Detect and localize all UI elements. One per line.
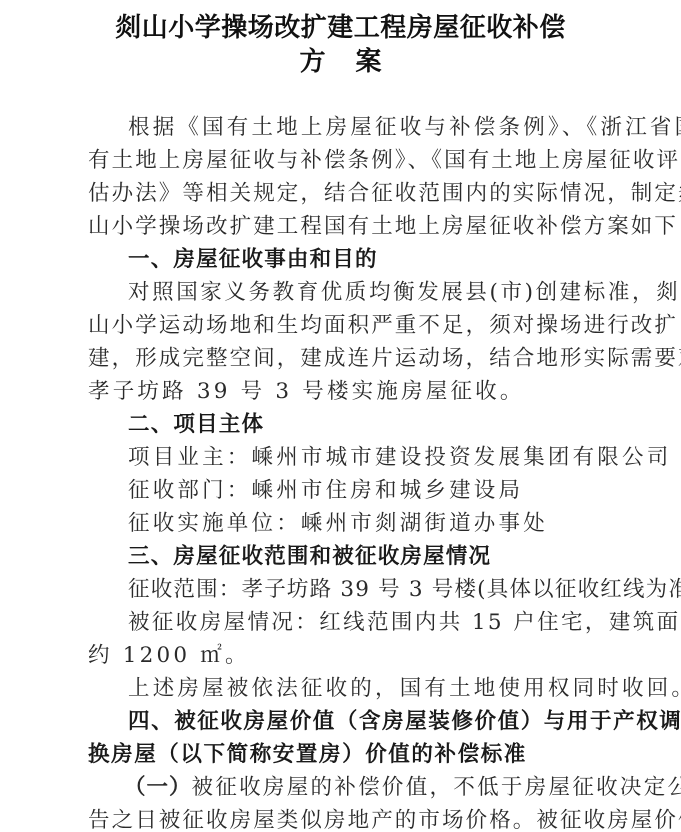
paragraph-line: 估办法》等相关规定，结合征收范围内的实际情况，制定剡 — [88, 177, 588, 210]
document-title-line2: 方案 — [0, 45, 681, 79]
section-heading-2: 二、项目主体 — [88, 408, 588, 441]
document-body: 根据《国有土地上房屋征收与补偿条例》、《浙江省国 有土地上房屋征收与补偿条例》、… — [88, 111, 588, 832]
paragraph-line: 建，形成完整空间，建成连片运动场，结合地形实际需要对 — [88, 342, 588, 375]
paragraph-line: 孝子坊路 39 号 3 号楼实施房屋征收。 — [88, 375, 588, 408]
section-heading-3: 三、房屋征收范围和被征收房屋情况 — [88, 540, 588, 573]
paragraph-line: 根据《国有土地上房屋征收与补偿条例》、《浙江省国 — [88, 111, 588, 144]
paragraph-line: 约 1200 ㎡。 — [88, 639, 588, 672]
expropriation-department-line: 征收部门：嵊州市住房和城乡建设局 — [88, 474, 588, 507]
title-char-2: 案 — [356, 47, 382, 77]
section-heading-4: 四、被征收房屋价值（含房屋装修价值）与用于产权调 — [88, 705, 588, 738]
implementing-unit-line: 征收实施单位：嵊州市剡湖街道办事处 — [88, 507, 588, 540]
section-heading-4-cont: 换房屋（以下简称安置房）价值的补偿标准 — [88, 738, 588, 771]
house-situation-line: 被征收房屋情况：红线范围内共 15 户住宅，建筑面积 — [88, 606, 588, 639]
document-title: 剡山小学操场改扩建工程房屋征收补偿 — [0, 11, 681, 45]
title-char-1: 方 — [299, 47, 325, 77]
expropriation-scope-line: 征收范围：孝子坊路 39 号 3 号楼(具体以征收红线为准) — [88, 573, 588, 606]
project-owner-line: 项目业主：嵊州市城市建设投资发展集团有限公司 — [88, 441, 588, 474]
paragraph-line: 有土地上房屋征收与补偿条例》、《国有土地上房屋征收评 — [88, 144, 588, 177]
section-heading-1: 一、房屋征收事由和目的 — [88, 243, 588, 276]
paragraph-line: 山小学操场改扩建工程国有土地上房屋征收补偿方案如下： — [88, 210, 588, 243]
paragraph-line: 告之日被征收房屋类似房地产的市场价格。被征收房屋价值 — [88, 804, 588, 832]
subsection-line: （一）被征收房屋的补偿价值，不低于房屋征收决定公 — [88, 771, 588, 804]
paragraph-line: 上述房屋被依法征收的，国有土地使用权同时收回。 — [88, 672, 588, 705]
paragraph-line: 山小学运动场地和生均面积严重不足，须对操场进行改扩 — [88, 309, 588, 342]
subsection-number: （一） — [124, 775, 192, 800]
paragraph-line: 对照国家义务教育优质均衡发展县(市)创建标准，剡 — [88, 276, 588, 309]
subsection-text: 被征收房屋的补偿价值，不低于房屋征收决定公 — [192, 775, 681, 800]
